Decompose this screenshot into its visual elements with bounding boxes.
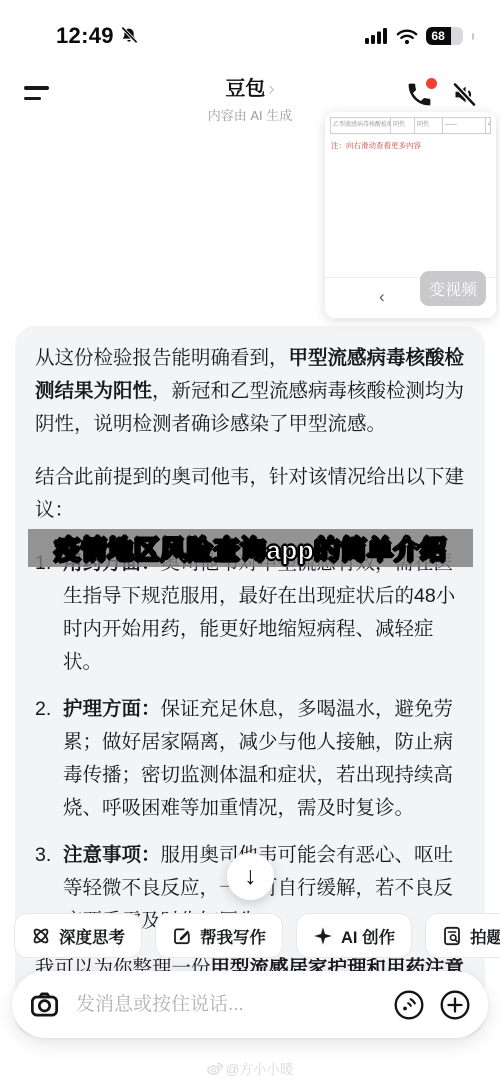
- report-cell: 阴性: [391, 118, 415, 133]
- notification-dot: [426, 78, 437, 89]
- video-title-watermark: 疫情地区风险查询app的简单介绍: [28, 529, 473, 567]
- back-chevron-icon[interactable]: ‹: [379, 287, 385, 307]
- mute-speaker-icon[interactable]: [451, 81, 478, 108]
- suggestion-chips-row: 深度思考 帮我写作 AI 创作: [0, 913, 500, 959]
- list-number: 2.: [35, 693, 63, 825]
- weibo-icon: [207, 1062, 223, 1075]
- down-arrow-icon: ↓: [244, 862, 257, 891]
- chip-label: 拍题答疑: [470, 924, 500, 948]
- chevron-right-icon: ›: [268, 79, 274, 100]
- message-input-bar: [12, 971, 488, 1038]
- swipe-hint-note: 注：向右滑动查看更多内容: [331, 140, 490, 151]
- message-paragraph: 从这份检验报告能明确看到，甲型流感病毒核酸检测结果为阳性，新冠和乙型流感病毒核酸…: [35, 342, 465, 441]
- voice-call-button[interactable]: [405, 80, 434, 109]
- wifi-icon: [396, 28, 418, 45]
- cellular-signal-icon: [365, 28, 388, 44]
- chip-label: 帮我写作: [200, 924, 266, 948]
- battery-icon: 68: [426, 27, 463, 45]
- sparkle-icon: [313, 926, 333, 946]
- message-input[interactable]: [74, 993, 379, 1017]
- deep-thinking-icon: [31, 926, 51, 946]
- voice-wave-icon[interactable]: [393, 989, 425, 1021]
- camera-icon[interactable]: [29, 989, 60, 1020]
- status-bar: 12:49: [0, 18, 500, 54]
- author-watermark: @方小小暖: [0, 1058, 500, 1078]
- chip-ai-create[interactable]: AI 创作: [296, 913, 412, 958]
- report-image-preview[interactable]: 乙型流感病毒核酸检测 阴性 阴性 —— 4 注：向右滑动查看更多内容 ‹ 变视频: [325, 112, 496, 318]
- notifications-muted-icon: [119, 26, 139, 46]
- report-table-row: 乙型流感病毒核酸检测 阴性 阴性 —— 4: [330, 117, 491, 134]
- document-search-icon: [442, 926, 462, 946]
- chip-photo-solve[interactable]: 拍题答疑: [425, 913, 500, 958]
- report-cell: ——: [443, 118, 486, 133]
- watermark-handle: @方小小暖: [226, 1058, 294, 1078]
- page-title: 豆包: [225, 78, 265, 100]
- chip-help-me-write[interactable]: 帮我写作: [155, 913, 283, 958]
- report-cell: 乙型流感病毒核酸检测: [331, 118, 391, 133]
- scroll-to-bottom-button[interactable]: ↓: [227, 853, 274, 900]
- clock: 12:49: [56, 23, 114, 49]
- list-item: 2. 护理方面：保证充足休息，多喝温水，避免劳累；做好居家隔离，减少与他人接触，…: [35, 693, 465, 825]
- message-paragraph: 结合此前提到的奥司他韦，针对该情况给出以下建议：: [35, 461, 465, 527]
- chip-deep-thinking[interactable]: 深度思考: [14, 913, 142, 958]
- battery-nub: [472, 33, 475, 40]
- watermark-title-text: 疫情地区风险查询app的简单介绍: [54, 530, 446, 567]
- battery-percent: 68: [426, 27, 451, 45]
- edit-pencil-icon: [172, 926, 192, 946]
- make-video-button[interactable]: 变视频: [420, 271, 486, 306]
- phone-screen: 12:49: [0, 0, 500, 1086]
- chip-label: AI 创作: [341, 924, 395, 948]
- list-item-text: 护理方面：保证充足休息，多喝温水，避免劳累；做好居家隔离，减少与他人接触，防止病…: [63, 693, 465, 825]
- chip-label: 深度思考: [59, 924, 125, 948]
- plus-icon[interactable]: [439, 989, 471, 1021]
- report-cell: 阴性: [415, 118, 443, 133]
- report-cell: 4: [486, 118, 490, 133]
